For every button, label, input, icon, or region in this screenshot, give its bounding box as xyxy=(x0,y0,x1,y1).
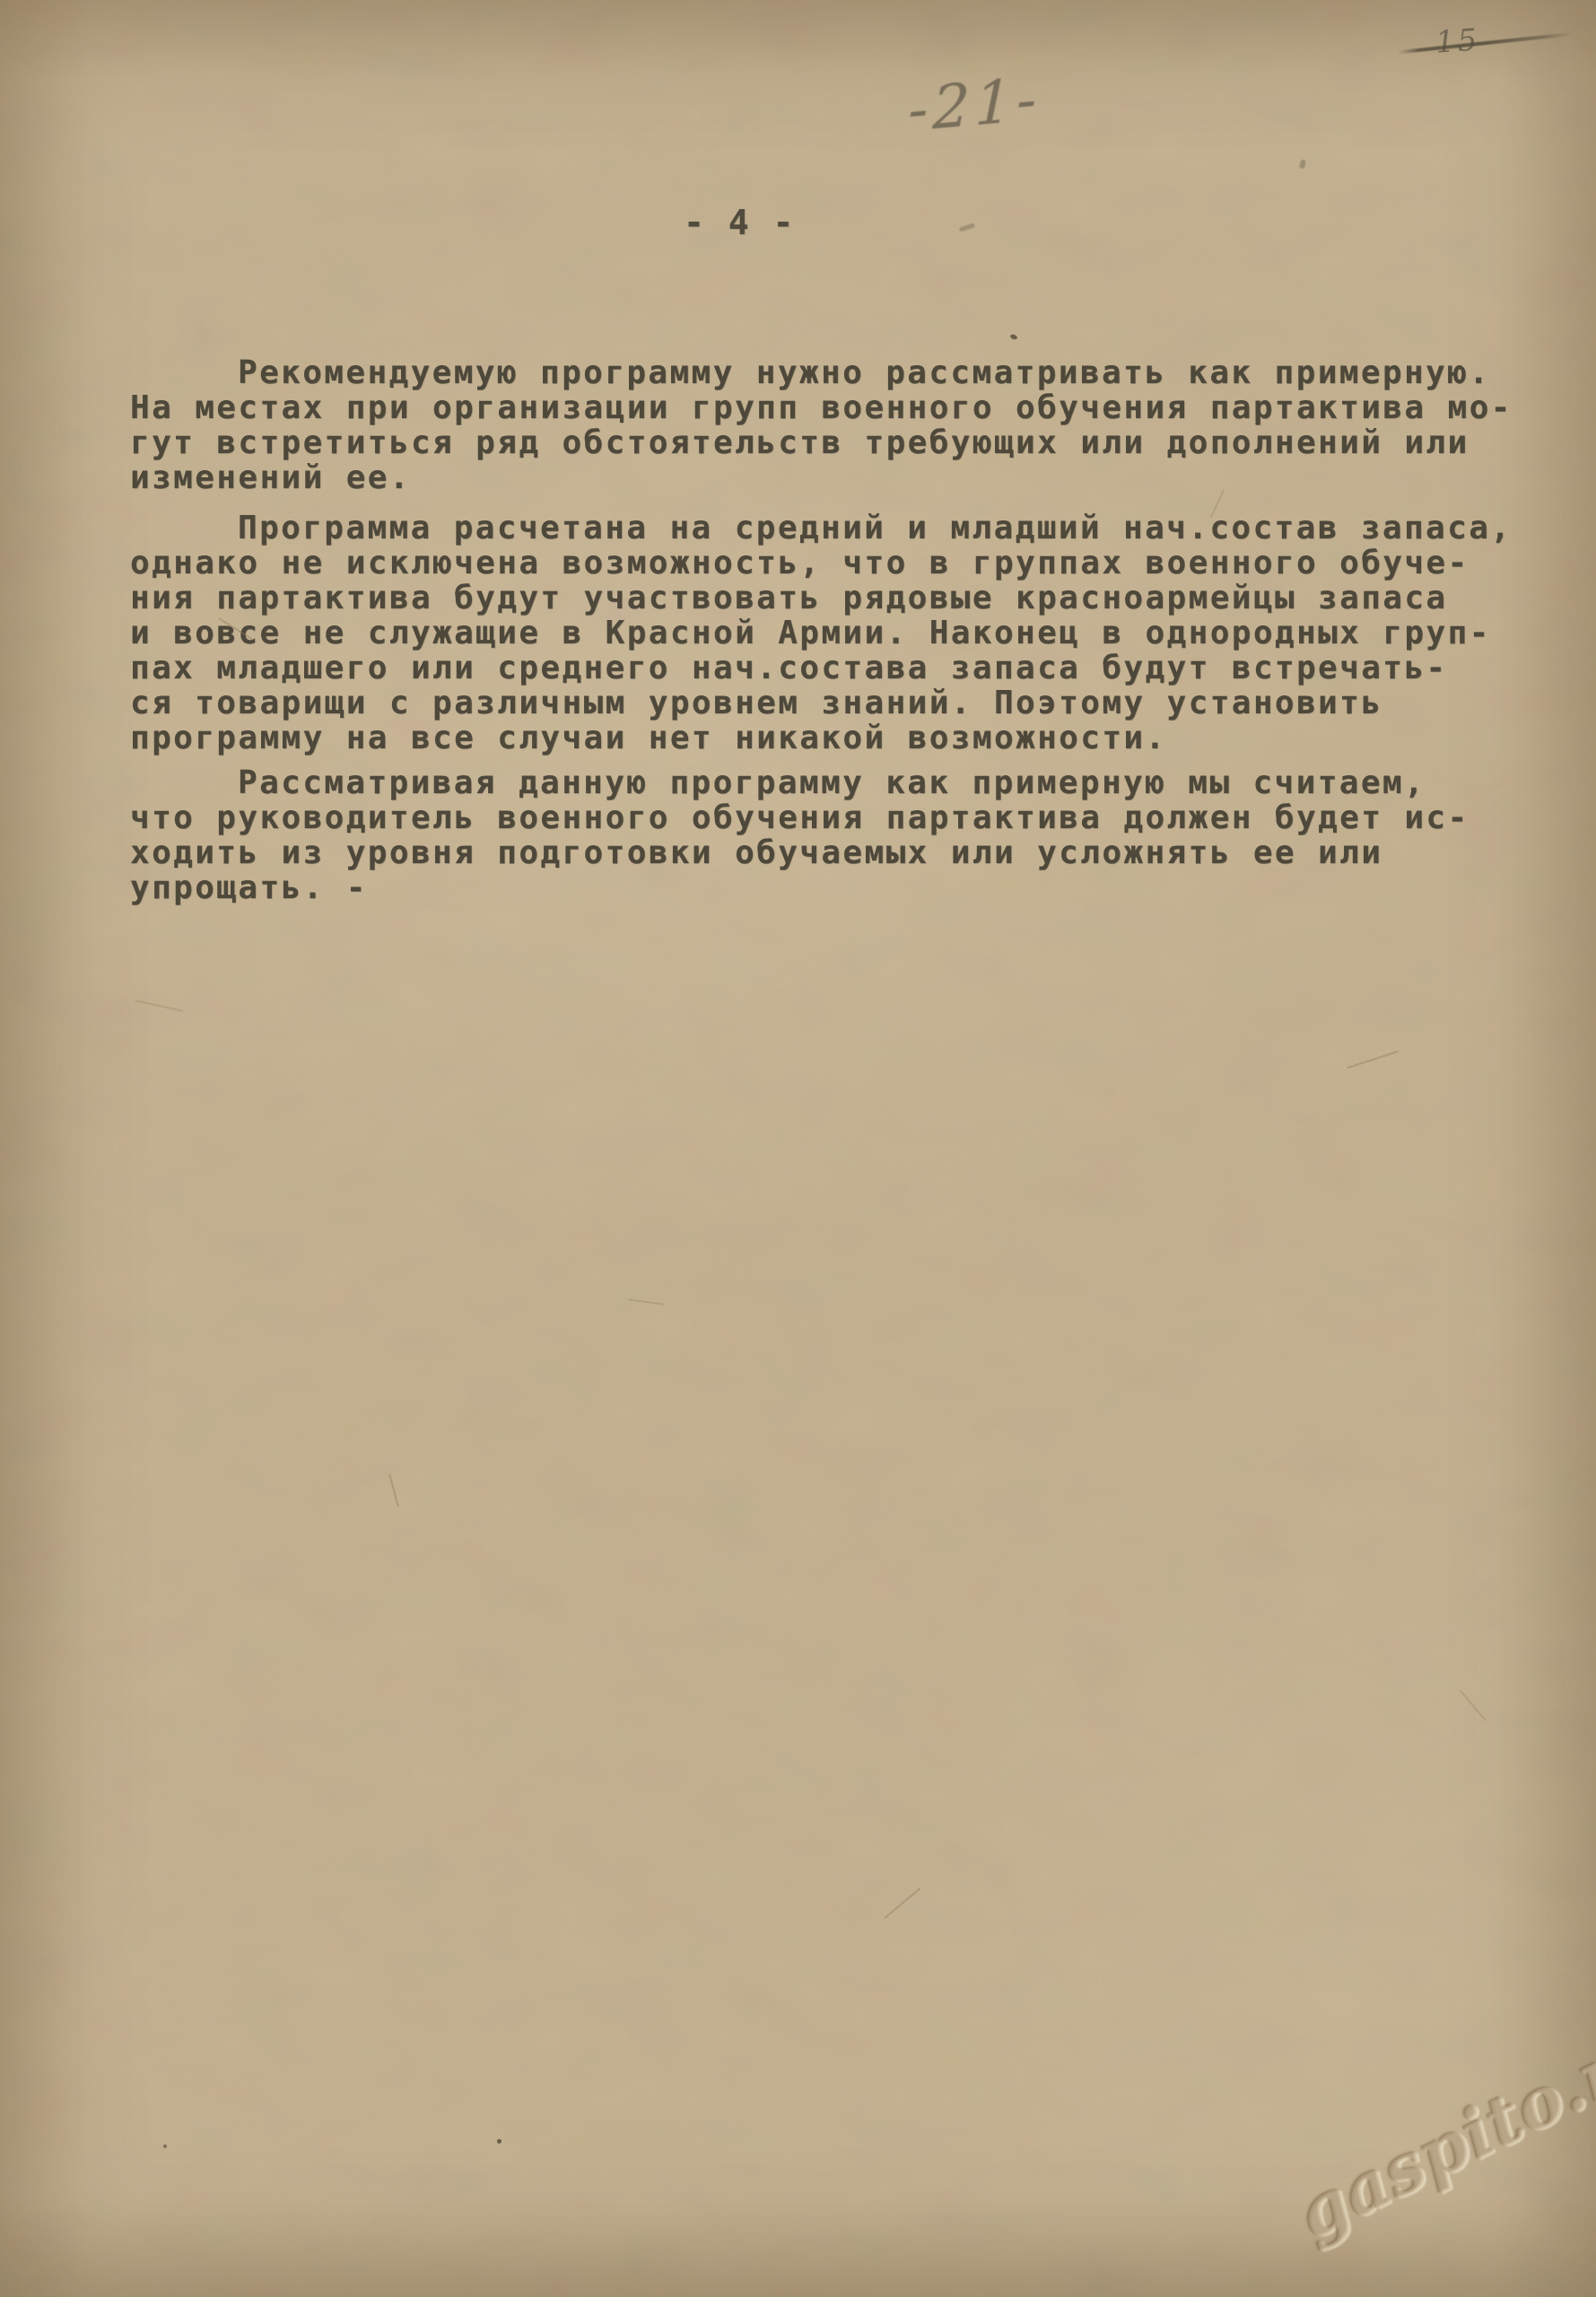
paper-fibre xyxy=(1460,1690,1487,1722)
paragraph-2: Программа расчетана на средний и младший… xyxy=(130,511,1557,755)
page-number: - 4 - xyxy=(684,203,795,242)
paper-fleck xyxy=(163,2144,167,2148)
watermark: gaspito.ru xyxy=(1285,2008,1596,2254)
document-page: 15 -21- - 4 - Рекомендуемую программу ну… xyxy=(0,0,1596,2297)
body-text: Рекомендуемую программу нужно рассматрив… xyxy=(130,355,1557,905)
paper-smudge xyxy=(1299,159,1306,169)
text-line: упрощать. - xyxy=(130,870,1557,905)
text-line: ния партактива будут участвовать рядовые… xyxy=(130,581,1557,616)
paper-fleck xyxy=(497,2139,501,2144)
text-line: что руководитель военного обучения парта… xyxy=(130,800,1557,835)
paragraph-3: Рассматривая данную программу как пример… xyxy=(130,765,1557,905)
text-line: и вовсе не служащие в Красной Армии. Нак… xyxy=(130,616,1557,651)
text-line: Рекомендуемую программу нужно рассматрив… xyxy=(130,355,1557,390)
paper-fibre xyxy=(388,1473,399,1507)
paper-texture xyxy=(0,0,1596,2297)
paper-smudge xyxy=(959,223,976,231)
text-line: изменений ее. xyxy=(130,460,1557,495)
handwritten-folio-number: -21- xyxy=(908,64,1042,144)
paper-fleck xyxy=(1009,334,1017,340)
paper-fibre xyxy=(884,1888,920,1919)
text-line: На местах при организации групп военного… xyxy=(130,390,1557,425)
text-line: пах младшего или среднего нач.состава за… xyxy=(130,651,1557,686)
text-line: ся товарищи с различным уровнем знаний. … xyxy=(130,686,1557,721)
paper-fibre xyxy=(628,1298,664,1306)
text-line: Рассматривая данную программу как пример… xyxy=(130,765,1557,800)
paper-fibre xyxy=(1347,1051,1399,1069)
text-line: однако не исключена возможность, что в г… xyxy=(130,546,1557,581)
pencil-strike-line xyxy=(1398,32,1573,54)
corner-page-number: 15 xyxy=(1435,22,1481,60)
text-line: программу на все случаи нет никакой возм… xyxy=(130,721,1557,755)
paper-fibre xyxy=(135,1000,183,1011)
paragraph-1: Рекомендуемую программу нужно рассматрив… xyxy=(130,355,1557,495)
text-line: Программа расчетана на средний и младший… xyxy=(130,511,1557,546)
text-line: гут встретиться ряд обстоятельств требую… xyxy=(130,425,1557,460)
text-line: ходить из уровня подготовки обучаемых ил… xyxy=(130,835,1557,870)
